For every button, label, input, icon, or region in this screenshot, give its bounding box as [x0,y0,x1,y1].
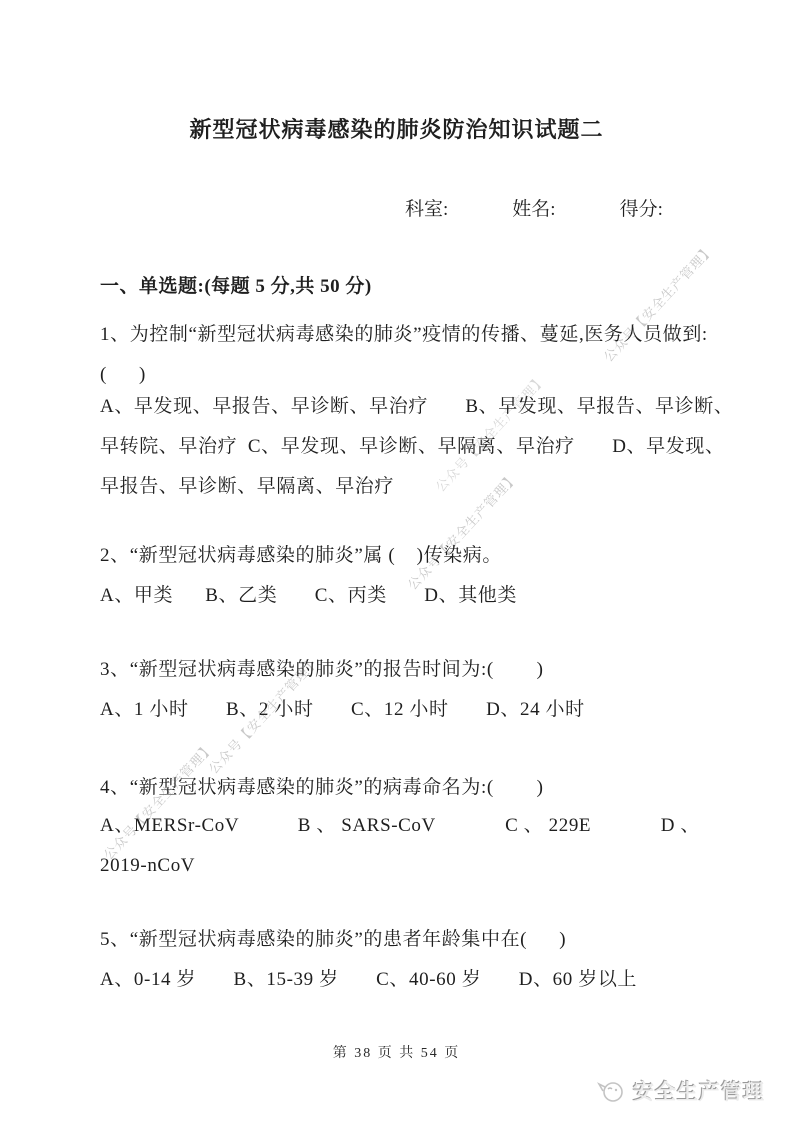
brand-name: 安全生产管理 [633,1076,765,1106]
question-5-options: A、0-14 岁 B、15-39 岁 C、40-60 岁 D、60 岁以上 [100,960,730,1000]
header-fields: 科室: 姓名: 得分: [405,194,663,221]
option-line: A、早发现、早报告、早诊断、早治疗 B、早发现、早报告、早诊断、 [100,387,730,427]
option-line: 2019-nCoV [100,846,730,886]
brand-logo-icon [596,1077,626,1105]
brand-badge: 安全生产管理 [596,1076,765,1106]
option-line: A、甲类 B、乙类 C、丙类 D、其他类 [100,576,730,616]
question-2-text-line: 2、“新型冠状病毒感染的肺炎”属 ( )传染病。 [100,536,730,576]
page-title: 新型冠状病毒感染的肺炎防治知识试题二 [0,113,793,144]
section-heading: 一、单选题:(每题 5 分,共 50 分) [100,271,372,298]
question-1: 1、为控制“新型冠状病毒感染的肺炎”疫情的传播、蔓延,医务人员做到: ( ) [100,315,730,395]
question-1-options: A、早发现、早报告、早诊断、早治疗 B、早发现、早报告、早诊断、 早转院、早治疗… [100,387,730,507]
option-line: A、1 小时 B、2 小时 C、12 小时 D、24 小时 [100,690,730,730]
score-field-label: 得分: [620,194,663,221]
question-3-options: A、1 小时 B、2 小时 C、12 小时 D、24 小时 [100,690,730,730]
test-paper-page: 公众号【安全生产管理】 公众号【安全生产管理】 公众号【安全生产管理】 公众号【… [0,0,793,1122]
option-line: 早转院、早治疗 C、早发现、早诊断、早隔离、早治疗 D、早发现、 [100,427,730,467]
page-number-indicator: 第 38 页 共 54 页 [0,1042,793,1062]
question-2: 2、“新型冠状病毒感染的肺炎”属 ( )传染病。 [100,536,730,576]
question-2-options: A、甲类 B、乙类 C、丙类 D、其他类 [100,576,730,616]
department-field-label: 科室: [405,194,448,221]
option-line: A、0-14 岁 B、15-39 岁 C、40-60 岁 D、60 岁以上 [100,960,730,1000]
question-1-text-line: 1、为控制“新型冠状病毒感染的肺炎”疫情的传播、蔓延,医务人员做到: [100,315,730,355]
question-5-text-line: 5、“新型冠状病毒感染的肺炎”的患者年龄集中在( ) [100,920,730,960]
question-4: 4、“新型冠状病毒感染的肺炎”的病毒命名为:( ) [100,768,730,808]
name-field-label: 姓名: [512,194,555,221]
option-line: A、MERSr-CoV B 、 SARS-CoV C 、 229E D 、 [100,806,730,846]
question-3-text-line: 3、“新型冠状病毒感染的肺炎”的报告时间为:( ) [100,650,730,690]
option-line: 早报告、早诊断、早隔离、早治疗 [100,467,730,507]
question-4-text-line: 4、“新型冠状病毒感染的肺炎”的病毒命名为:( ) [100,768,730,808]
question-3: 3、“新型冠状病毒感染的肺炎”的报告时间为:( ) [100,650,730,690]
question-5: 5、“新型冠状病毒感染的肺炎”的患者年龄集中在( ) [100,920,730,960]
question-4-options: A、MERSr-CoV B 、 SARS-CoV C 、 229E D 、 20… [100,806,730,886]
